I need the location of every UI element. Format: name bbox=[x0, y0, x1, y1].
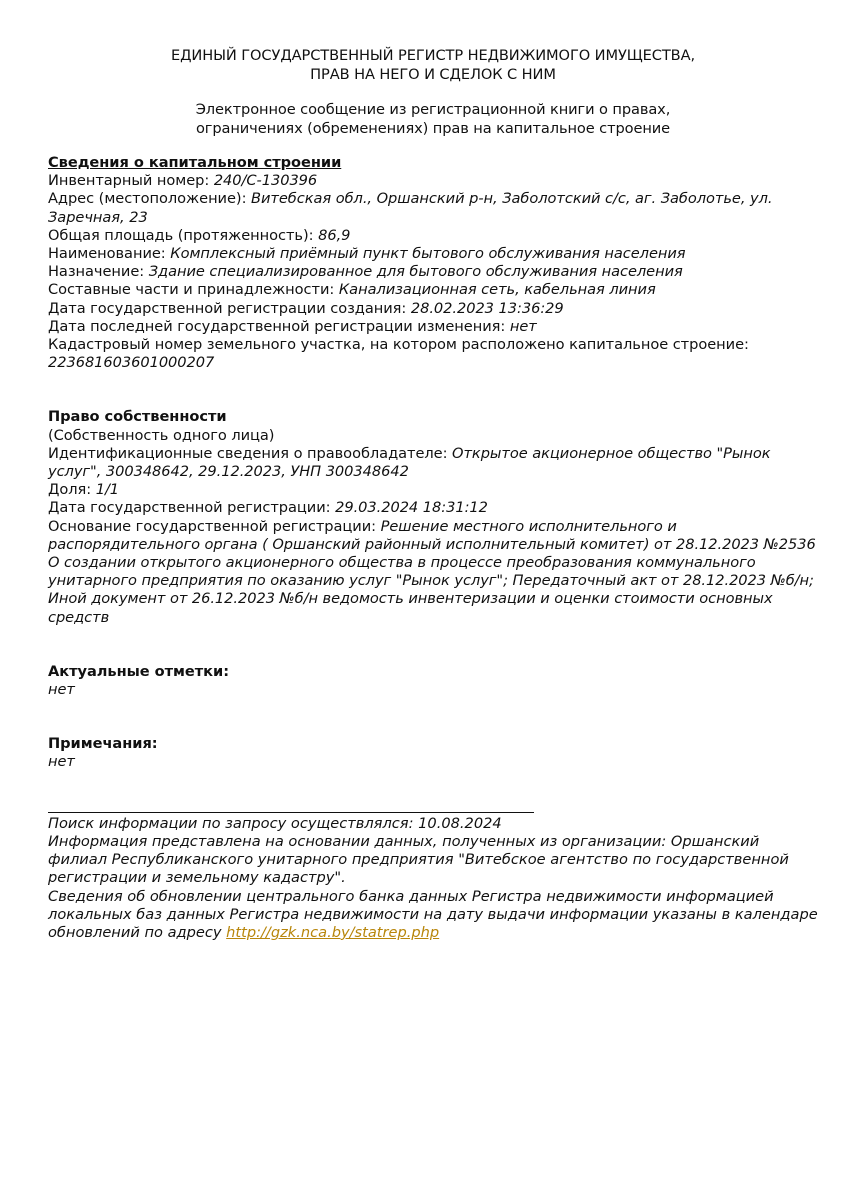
ownership-fields: Идентификационные сведения о правооблада… bbox=[48, 445, 818, 627]
statrep-link[interactable]: http://gzk.nca.by/statrep.php bbox=[226, 924, 439, 941]
building-section-title: Сведения о капитальном строении bbox=[48, 154, 818, 172]
field-value: Комплексный приёмный пункт бытового обсл… bbox=[170, 245, 685, 262]
register-title-line2: ПРАВ НА НЕГО И СДЕЛОК С НИМ bbox=[48, 65, 818, 84]
ownership-type: (Собственность одного лица) bbox=[48, 427, 818, 445]
field-value: 240/С-130396 bbox=[214, 172, 317, 189]
field-label: Дата государственной регистрации создани… bbox=[48, 300, 411, 317]
field-value: 1/1 bbox=[96, 481, 119, 498]
field-row: Назначение: Здание специализированное дл… bbox=[48, 263, 818, 281]
field-value: 223681603601000207 bbox=[48, 354, 214, 371]
building-fields: Инвентарный номер: 240/С-130396Адрес (ме… bbox=[48, 172, 818, 372]
field-label: Общая площадь (протяженность): bbox=[48, 227, 318, 244]
field-label: Дата государственной регистрации: bbox=[48, 499, 335, 516]
subtitle-line1: Электронное сообщение из регистрационной… bbox=[48, 100, 818, 119]
update-info-text: Сведения об обновлении центрального банк… bbox=[48, 888, 818, 943]
document-page: ЕДИНЫЙ ГОСУДАРСТВЕННЫЙ РЕГИСТР НЕДВИЖИМО… bbox=[48, 46, 818, 942]
building-section: Сведения о капитальном строении Инвентар… bbox=[48, 154, 818, 372]
field-row: Адрес (местоположение): Витебская обл., … bbox=[48, 190, 818, 226]
ownership-section-title: Право собственности bbox=[48, 408, 818, 426]
marks-title: Актуальные отметки: bbox=[48, 663, 818, 681]
field-row: Дата государственной регистрации создани… bbox=[48, 300, 818, 318]
field-row: Доля: 1/1 bbox=[48, 481, 818, 499]
field-label: Идентификационные сведения о правооблада… bbox=[48, 445, 452, 462]
field-row: Наименование: Комплексный приёмный пункт… bbox=[48, 245, 818, 263]
marks-value: нет bbox=[48, 681, 818, 699]
field-row: Основание государственной регистрации: Р… bbox=[48, 518, 818, 627]
field-label: Дата последней государственной регистрац… bbox=[48, 318, 510, 335]
ownership-section: Право собственности (Собственность одног… bbox=[48, 408, 818, 626]
field-label: Доля: bbox=[48, 481, 96, 498]
field-row: Дата последней государственной регистрац… bbox=[48, 318, 818, 336]
document-subtitle: Электронное сообщение из регистрационной… bbox=[48, 100, 818, 138]
field-label: Составные части и принадлежности: bbox=[48, 281, 339, 298]
notes-section: Примечания: нет bbox=[48, 735, 818, 771]
field-row: Дата государственной регистрации: 29.03.… bbox=[48, 499, 818, 517]
field-label: Основание государственной регистрации: bbox=[48, 518, 381, 535]
field-value: 28.02.2023 13:36:29 bbox=[411, 300, 564, 317]
field-label: Адрес (местоположение): bbox=[48, 190, 251, 207]
field-value: 86,9 bbox=[318, 227, 350, 244]
notes-value: нет bbox=[48, 753, 818, 771]
search-date-text: Поиск информации по запросу осуществлялс… bbox=[48, 815, 818, 833]
marks-section: Актуальные отметки: нет bbox=[48, 663, 818, 699]
field-row: Общая площадь (протяженность): 86,9 bbox=[48, 227, 818, 245]
field-label: Кадастровый номер земельного участка, на… bbox=[48, 336, 749, 353]
notes-title: Примечания: bbox=[48, 735, 818, 753]
subtitle-line2: ограничениях (обременениях) прав на капи… bbox=[48, 119, 818, 138]
field-value: 29.03.2024 18:31:12 bbox=[335, 499, 488, 516]
field-label: Наименование: bbox=[48, 245, 170, 262]
field-row: Инвентарный номер: 240/С-130396 bbox=[48, 172, 818, 190]
field-value: Канализационная сеть, кабельная линия bbox=[339, 281, 656, 298]
footer: Поиск информации по запросу осуществлялс… bbox=[48, 815, 818, 942]
footer-divider bbox=[48, 812, 534, 813]
field-value: нет bbox=[510, 318, 537, 335]
field-row: Кадастровый номер земельного участка, на… bbox=[48, 336, 818, 372]
source-text: Информация представлена на основании дан… bbox=[48, 833, 818, 888]
register-title-line1: ЕДИНЫЙ ГОСУДАРСТВЕННЫЙ РЕГИСТР НЕДВИЖИМО… bbox=[48, 46, 818, 65]
field-row: Составные части и принадлежности: Канали… bbox=[48, 281, 818, 299]
document-header: ЕДИНЫЙ ГОСУДАРСТВЕННЫЙ РЕГИСТР НЕДВИЖИМО… bbox=[48, 46, 818, 84]
field-label: Инвентарный номер: bbox=[48, 172, 214, 189]
field-value: Здание специализированное для бытового о… bbox=[149, 263, 683, 280]
field-label: Назначение: bbox=[48, 263, 149, 280]
field-row: Идентификационные сведения о правооблада… bbox=[48, 445, 818, 481]
